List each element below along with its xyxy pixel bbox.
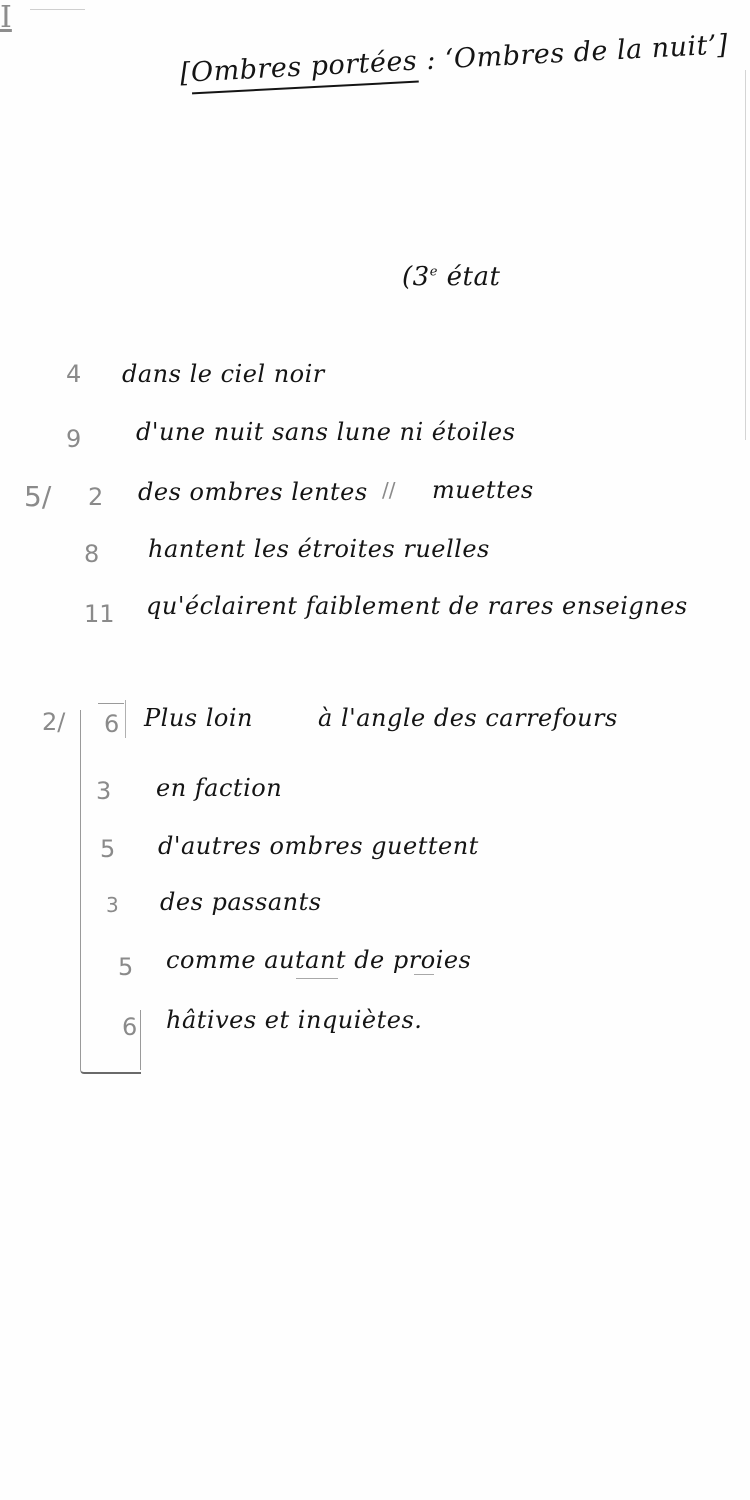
verse-line-continuation: muettes (432, 476, 534, 504)
verse-line-continuation: à l'angle des carrefours (318, 704, 618, 732)
syllable-count: 5 (100, 835, 115, 863)
manuscript-page: [Ombres portées : ‘Ombres de la nuit’] I… (0, 0, 750, 1500)
section-numeral: I (0, 0, 750, 35)
syllable-count: 9 (66, 425, 81, 453)
verse-line: des passants (160, 888, 322, 916)
syllable-count: 4 (66, 360, 81, 388)
verse-line: comme autant de proies (166, 946, 471, 974)
right-edge-rule (745, 70, 746, 440)
state-number: (3 (402, 262, 430, 292)
syllable-count: 3 (96, 777, 111, 805)
count-overline (98, 703, 124, 704)
verse-line: qu'éclairent faiblement de rares enseign… (146, 592, 688, 620)
margin-note: 5/ (24, 480, 51, 513)
title-underlined: Ombres portées (190, 46, 418, 95)
top-edge-rule (30, 9, 85, 10)
verse-line: des ombres lentes (138, 478, 368, 506)
underline-mark (414, 974, 434, 975)
syllable-count: 2 (88, 483, 103, 511)
insertion-mark: // (382, 478, 395, 502)
verse-line: dans le ciel noir (122, 360, 325, 388)
verse-line: en faction (156, 774, 282, 802)
draft-state-label: (3e état (402, 262, 500, 292)
syllable-count: 8 (84, 540, 99, 568)
syllable-count: 5 (118, 953, 133, 981)
syllable-count: 3 (106, 893, 119, 917)
verse-line: d'une nuit sans lune ni étoiles (136, 418, 515, 446)
verse-line: hantent les étroites ruelles (148, 535, 490, 563)
state-sup: e (430, 264, 438, 279)
margin-note: 2/ (42, 708, 65, 736)
syllable-count: 11 (84, 600, 115, 628)
state-word: état (438, 262, 501, 292)
count-separator (125, 700, 126, 738)
stanza-bracket-end (140, 1010, 141, 1070)
verse-line: hâtives et inquiètes. (166, 1006, 422, 1034)
title-rest: : ‘Ombres de la nuit’] (416, 29, 728, 76)
verse-line: d'autres ombres guettent (158, 832, 479, 860)
syllable-count: 6 (122, 1013, 137, 1041)
verse-line: Plus loin (144, 704, 253, 732)
underline-mark (296, 978, 338, 979)
syllable-count: 6 (104, 710, 119, 738)
page-title: [Ombres portées : ‘Ombres de la nuit’] (179, 29, 729, 89)
